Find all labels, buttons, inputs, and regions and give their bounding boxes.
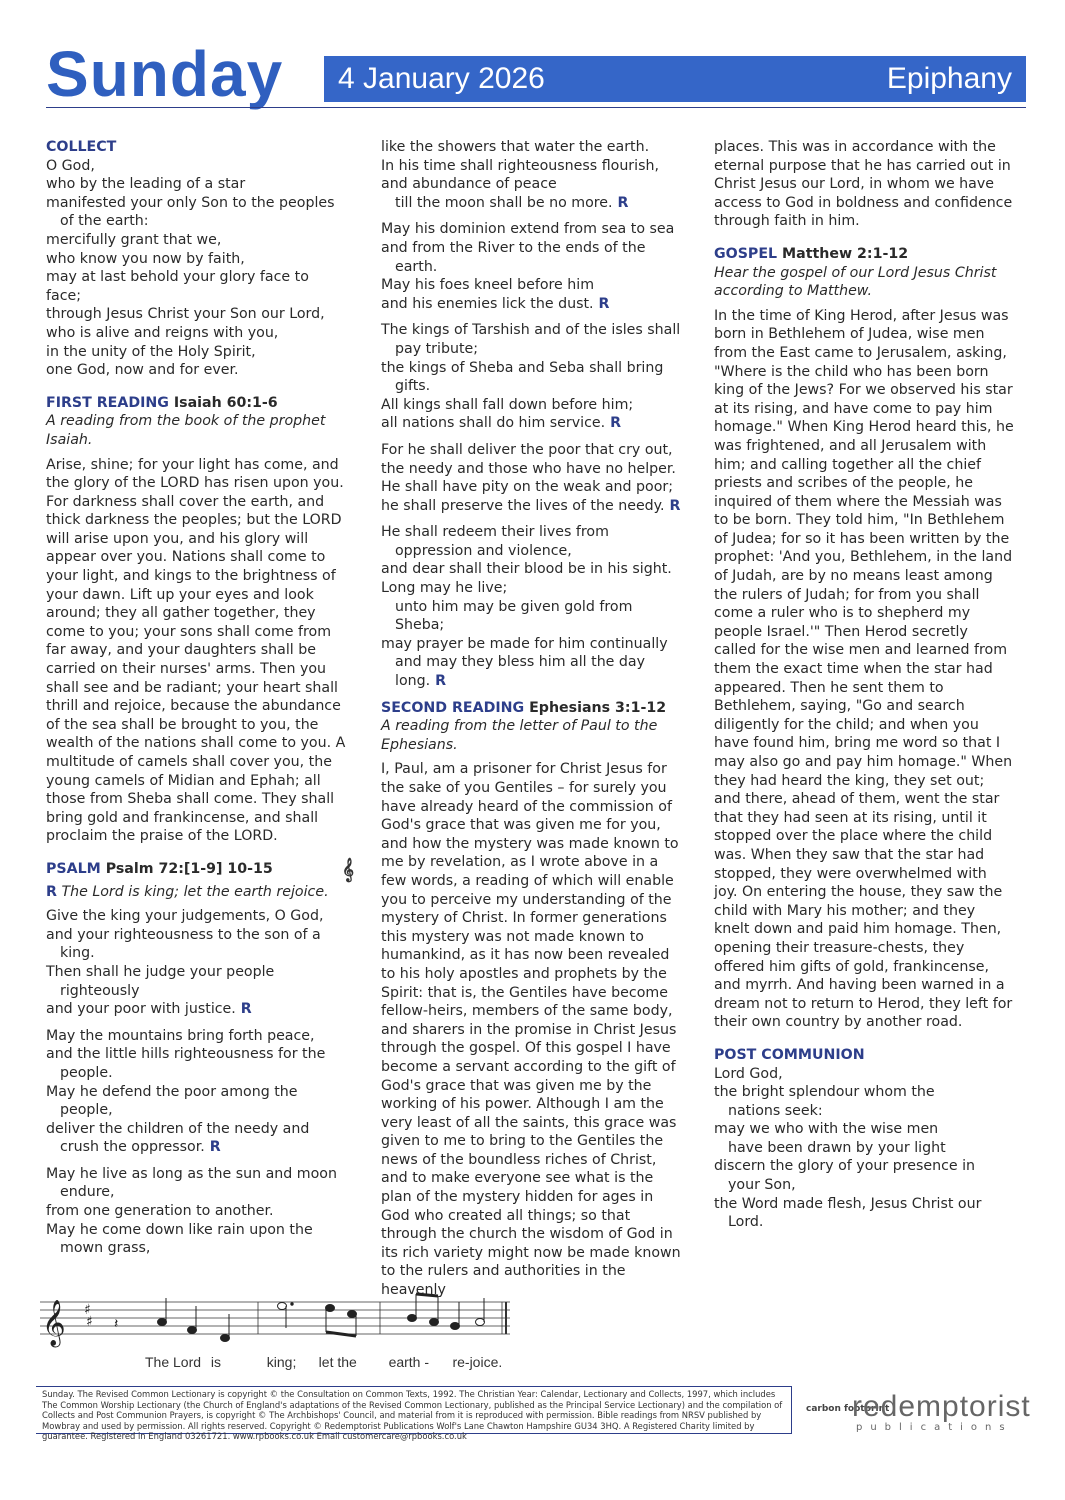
text-line: who is alive and reigns with you, — [46, 324, 346, 343]
text-line: like the showers that water the earth. — [381, 138, 681, 157]
treble-clef-icon: 𝄞 — [342, 860, 354, 879]
gospel-ref: Matthew 2:1-12 — [782, 246, 908, 262]
music-lyrics: The Lord is king; let the earth - re-joi… — [145, 1354, 502, 1370]
text-line: For he shall deliver the poor that cry o… — [381, 441, 681, 460]
text-line: the bright splendour whom the — [714, 1083, 1014, 1102]
page-header: Sunday 4 January 2026 Epiphany — [46, 38, 1026, 110]
text-line: till the moon shall be no more. R — [381, 194, 681, 213]
text-line: people, — [46, 1101, 346, 1120]
first-reading-title: FIRST READING — [46, 395, 169, 411]
text-line: unto him may be given gold from Sheba; — [381, 598, 681, 635]
text-line: May the mountains bring forth peace, — [46, 1027, 346, 1046]
second-reading-section: SECOND READING Ephesians 3:1-12 A readin… — [381, 699, 681, 1300]
text-line: The kings of Tarshish and of the isles s… — [381, 321, 681, 340]
text-line: king. — [46, 944, 346, 963]
text-line: Lord God, — [714, 1065, 1014, 1084]
collect-text: O God,who by the leading of a starmanife… — [46, 157, 346, 380]
text-line: he shall preserve the lives of the needy… — [381, 497, 681, 516]
text-line: crush the oppressor. R — [46, 1138, 346, 1157]
text-line: have been drawn by your light — [714, 1139, 1014, 1158]
response-marker: R — [605, 415, 621, 431]
text-line: Long may he live; — [381, 579, 681, 598]
psalm-stanza: May he live as long as the sun and moone… — [46, 1165, 346, 1258]
text-line: through Jesus Christ your Son our Lord, — [46, 305, 346, 324]
svg-text:♯: ♯ — [86, 1314, 93, 1330]
text-line: your Son, — [714, 1176, 1014, 1195]
text-line: the kings of Sheba and Seba shall bring — [381, 359, 681, 378]
psalm-heading: PSALM Psalm 72:[1-9] 10-15 𝄞 — [46, 860, 346, 879]
text-line: one God, now and for ever. — [46, 361, 346, 380]
post-communion-section: POST COMMUNION Lord God,the bright splen… — [714, 1046, 1014, 1232]
psalm-section: PSALM Psalm 72:[1-9] 10-15 𝄞 R The Lord … — [46, 860, 346, 1258]
text-line: and abundance of peace — [381, 175, 681, 194]
second-reading-title: SECOND READING — [381, 700, 524, 716]
text-line: manifested your only Son to the peoples — [46, 194, 346, 213]
lyric: re-joice. — [452, 1354, 502, 1370]
column-2: like the showers that water the earth.In… — [381, 138, 681, 1314]
psalm-ref: Psalm 72:[1-9] 10-15 — [106, 861, 273, 877]
text-line: may we who with the wise men — [714, 1120, 1014, 1139]
day-title: Sunday — [46, 38, 283, 110]
psalm-response: R The Lord is king; let the earth rejoic… — [46, 883, 346, 902]
psalm-stanzas-col2: like the showers that water the earth.In… — [381, 138, 681, 691]
text-line: pay tribute; — [381, 340, 681, 359]
gospel-heading: GOSPEL Matthew 2:1-12 — [714, 245, 1014, 264]
text-line: people. — [46, 1064, 346, 1083]
response-marker: R — [665, 498, 681, 514]
column-3: places. This was in accordance with the … — [714, 138, 1014, 1246]
text-line: and may they bless him all the day long.… — [381, 653, 681, 690]
psalm-stanza: He shall redeem their lives fromoppressi… — [381, 523, 681, 690]
second-reading-ref: Ephesians 3:1-12 — [529, 700, 666, 716]
text-line: May his dominion extend from sea to sea — [381, 220, 681, 239]
post-communion-text: Lord God,the bright splendour whom thena… — [714, 1065, 1014, 1232]
post-communion-heading: POST COMMUNION — [714, 1046, 1014, 1065]
text-line: Give the king your judgements, O God, — [46, 907, 346, 926]
text-line: earth. — [381, 258, 681, 277]
text-line: May he defend the poor among the — [46, 1083, 346, 1102]
first-reading-text: Arise, shine; for your light has come, a… — [46, 456, 346, 846]
text-line: He shall have pity on the weak and poor; — [381, 478, 681, 497]
text-line: nations seek: — [714, 1102, 1014, 1121]
text-line: endure, — [46, 1183, 346, 1202]
text-line: Lord. — [714, 1213, 1014, 1232]
column-1: COLLECT O God,who by the leading of a st… — [46, 138, 346, 1272]
text-line: May his foes kneel before him — [381, 276, 681, 295]
second-reading-text: I, Paul, am a prisoner for Christ Jesus … — [381, 760, 681, 1299]
date-banner: 4 January 2026 Epiphany — [324, 56, 1026, 102]
lyric: The Lord — [145, 1354, 207, 1370]
text-line: in the unity of the Holy Spirit, — [46, 343, 346, 362]
text-line: and your righteousness to the son of a — [46, 926, 346, 945]
text-line: of the earth: — [46, 212, 346, 231]
psalm-stanza: like the showers that water the earth.In… — [381, 138, 681, 212]
text-line: all nations shall do him service. R — [381, 414, 681, 433]
text-line: discern the glory of your presence in — [714, 1157, 1014, 1176]
response-text: The Lord is king; let the earth rejoice. — [61, 884, 328, 900]
second-reading-heading: SECOND READING Ephesians 3:1-12 — [381, 699, 681, 718]
text-line: may prayer be made for him continually — [381, 635, 681, 654]
first-reading-section: FIRST READING Isaiah 60:1-6 A reading fr… — [46, 394, 346, 846]
text-line: who by the leading of a star — [46, 175, 346, 194]
psalm-stanza: For he shall deliver the poor that cry o… — [381, 441, 681, 515]
feast-label: Epiphany — [887, 56, 1012, 102]
text-line: and his enemies lick the dust. R — [381, 295, 681, 314]
gospel-title: GOSPEL — [714, 246, 777, 262]
first-reading-intro: A reading from the book of the prophet I… — [46, 412, 346, 449]
lyric: king; — [267, 1354, 315, 1370]
gospel-text: In the time of King Herod, after Jesus w… — [714, 307, 1014, 1032]
lyric: let the — [319, 1354, 385, 1370]
response-marker: R — [430, 673, 446, 689]
text-line: He shall redeem their lives from — [381, 523, 681, 542]
treble-clef-icon: 𝄞 — [42, 1300, 66, 1348]
text-line: righteously — [46, 982, 346, 1001]
text-line: In his time shall righteousness flourish… — [381, 157, 681, 176]
text-line: and your poor with justice. R — [46, 1000, 346, 1019]
text-line: mown grass, — [46, 1239, 346, 1258]
response-marker: R — [236, 1001, 252, 1017]
first-reading-heading: FIRST READING Isaiah 60:1-6 — [46, 394, 346, 413]
publisher-logo: carbon footprint redemptorist publicatio… — [800, 1390, 1030, 1434]
text-line: the needy and those who have no helper. — [381, 460, 681, 479]
text-line: who know you now by faith, — [46, 250, 346, 269]
text-line: gifts. — [381, 377, 681, 396]
text-line: All kings shall fall down before him; — [381, 396, 681, 415]
lyric: is — [211, 1354, 263, 1370]
text-line: and from the River to the ends of the — [381, 239, 681, 258]
second-reading-intro: A reading from the letter of Paul to the… — [381, 717, 681, 754]
header-divider — [46, 107, 1026, 108]
psalm-stanza: The kings of Tarshish and of the isles s… — [381, 321, 681, 433]
gospel-intro: Hear the gospel of our Lord Jesus Christ… — [714, 264, 1014, 301]
text-line: O God, — [46, 157, 346, 176]
text-line: Then shall he judge your people — [46, 963, 346, 982]
response-marker: R — [594, 296, 610, 312]
text-line: the Word made flesh, Jesus Christ our — [714, 1195, 1014, 1214]
logo-wordmark: redemptorist — [852, 1390, 1031, 1424]
text-line: from one generation to another. — [46, 1202, 346, 1221]
text-line: deliver the children of the needy and — [46, 1120, 346, 1139]
response-marker: R — [613, 195, 629, 211]
copyright-notice: Sunday. The Revised Common Lectionary is… — [36, 1386, 792, 1434]
svg-text:𝄽: 𝄽 — [114, 1316, 118, 1332]
collect-heading: COLLECT — [46, 138, 346, 157]
first-reading-ref: Isaiah 60:1-6 — [174, 395, 278, 411]
text-line: may at last behold your glory face to fa… — [46, 268, 346, 305]
date-label: 4 January 2026 — [338, 56, 545, 102]
response-marker: R — [46, 884, 57, 900]
text-line: oppression and violence, — [381, 542, 681, 561]
text-line: and dear shall their blood be in his sig… — [381, 560, 681, 579]
second-reading-continued: places. This was in accordance with the … — [714, 138, 1014, 231]
text-line: May he live as long as the sun and moon — [46, 1165, 346, 1184]
psalm-stanza: Give the king your judgements, O God,and… — [46, 907, 346, 1019]
logo-subtitle: publications — [856, 1422, 1013, 1433]
psalm-stanza: May his dominion extend from sea to seaa… — [381, 220, 681, 313]
lyric: earth - — [389, 1354, 449, 1370]
collect-section: COLLECT O God,who by the leading of a st… — [46, 138, 346, 380]
text-line: mercifully grant that we, — [46, 231, 346, 250]
psalm-title: PSALM — [46, 861, 101, 877]
psalm-stanzas-col1: Give the king your judgements, O God,and… — [46, 907, 346, 1258]
gospel-section: GOSPEL Matthew 2:1-12 Hear the gospel of… — [714, 245, 1014, 1032]
psalm-stanza: May the mountains bring forth peace,and … — [46, 1027, 346, 1157]
text-line: May he come down like rain upon the — [46, 1221, 346, 1240]
text-line: and the little hills righteousness for t… — [46, 1045, 346, 1064]
response-marker: R — [205, 1139, 221, 1155]
